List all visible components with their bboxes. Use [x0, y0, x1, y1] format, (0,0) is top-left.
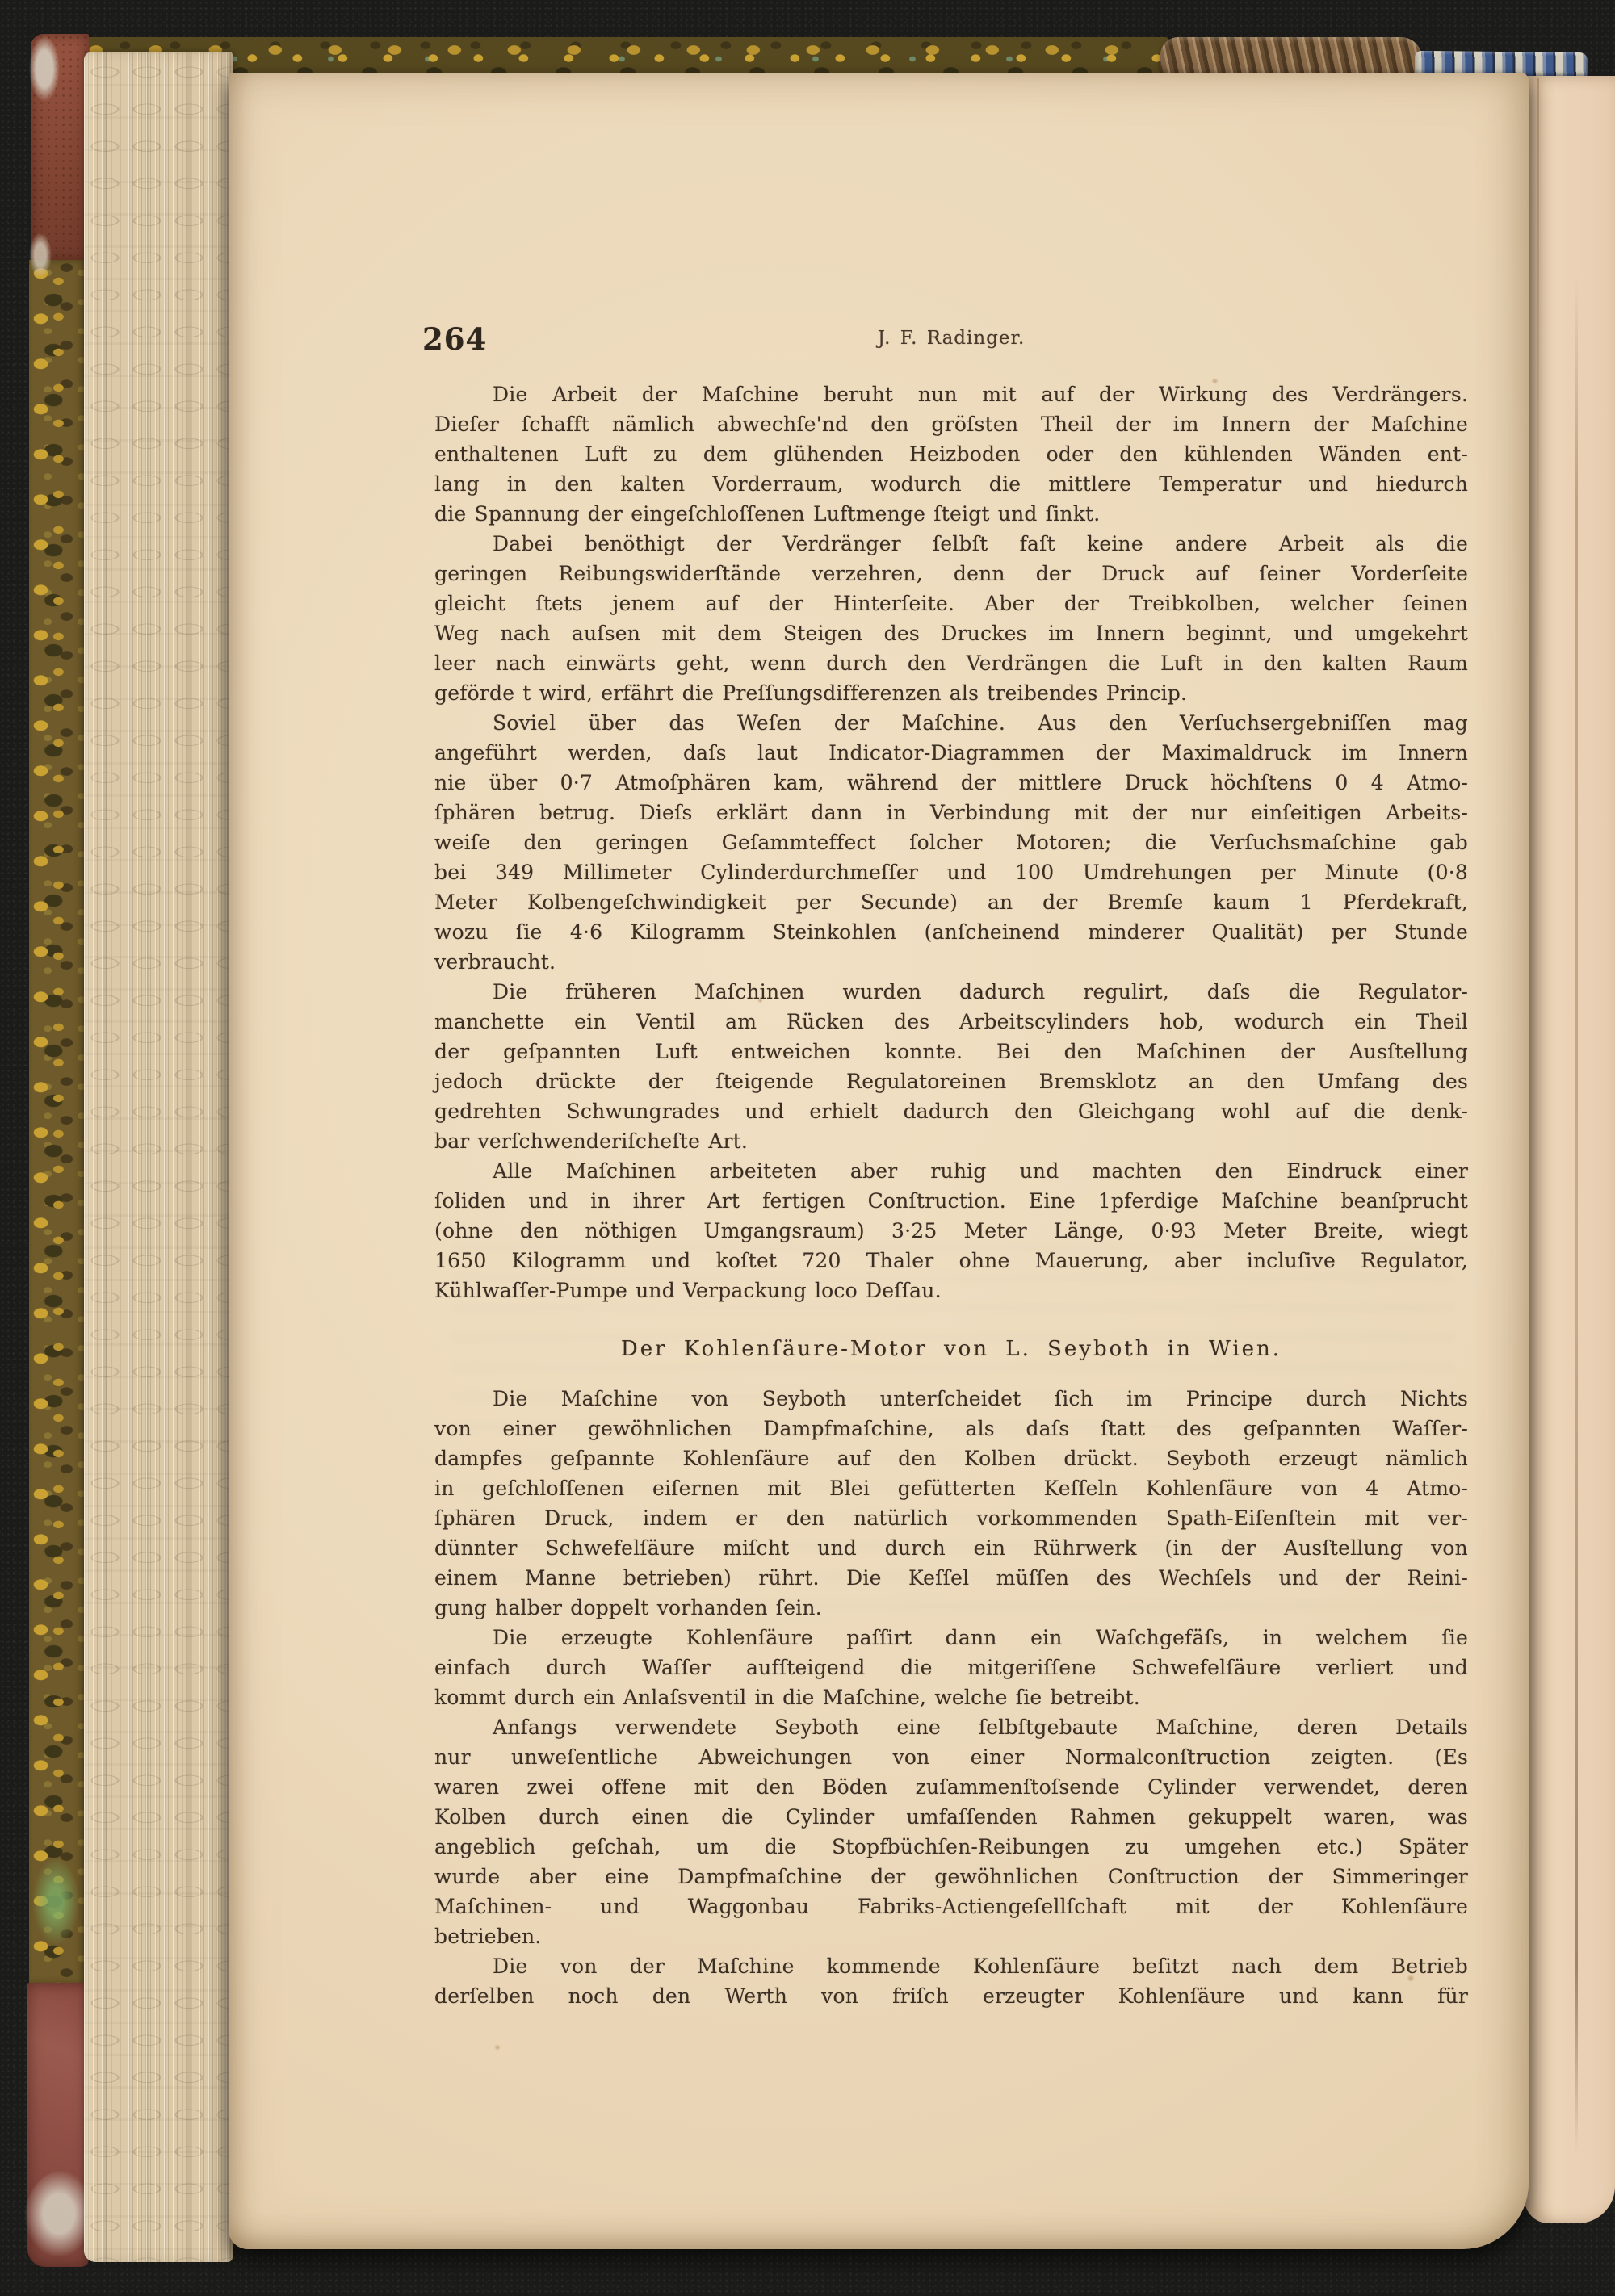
text-line: geringen Reibungswiderſtände verzehren, …: [434, 559, 1468, 589]
page-edges-stack: [84, 52, 233, 2262]
text-line: einem Manne betrieben) rührt. Die Keſſel…: [434, 1563, 1468, 1593]
text-line: wozu ſie 4·6 Kilogramm Steinkohlen (anſc…: [434, 917, 1468, 947]
text-line: Meter Kolbengeſchwindigkeit per Secunde)…: [434, 887, 1468, 917]
text-line: 1650 Kilogramm und koſtet 720 Thaler ohn…: [434, 1246, 1468, 1276]
text-line: leer nach einwärts geht, wenn durch den …: [434, 648, 1468, 678]
text-block: Die Arbeit der Maſchine beruht nun mit a…: [434, 379, 1468, 2011]
paragraph: Die von der Maſchine kommende Kohlenſäur…: [434, 1951, 1468, 2011]
running-title: J. F. Radinger.: [434, 328, 1468, 349]
gutter-crease-line: [1575, 274, 1578, 2156]
text-line: ſphären betrug. Dieſs erklärt dann in Ve…: [434, 798, 1468, 827]
section-heading: Der Kohlenſäure-Motor von L. Seyboth in …: [434, 1334, 1468, 1364]
text-line: betrieben.: [434, 1921, 1468, 1951]
text-line: die Spannung der eingeſchloſſenen Luftme…: [434, 499, 1468, 529]
text-line: enthaltenen Luft zu dem glühenden Heizbo…: [434, 439, 1468, 469]
book-page: 264 J. F. Radinger. Die Arbeit der Maſch…: [229, 73, 1529, 2249]
text-line: gung halber doppelt vorhanden ſein.: [434, 1593, 1468, 1623]
text-line: Alle Maſchinen arbeiteten aber ruhig und…: [434, 1156, 1468, 1186]
text-line: Dabei benöthigt der Verdränger ſelbſt fa…: [434, 529, 1468, 559]
text-line: dünnter Schwefelſäure miſcht und durch e…: [434, 1533, 1468, 1563]
text-line: lang in den kalten Vorderraum, wodurch d…: [434, 469, 1468, 499]
text-line: Weg nach auſsen mit dem Steigen des Druc…: [434, 618, 1468, 648]
text-line: gedrehten Schwungrades und erhielt dadur…: [434, 1096, 1468, 1126]
paragraph: Alle Maſchinen arbeiteten aber ruhig und…: [434, 1156, 1468, 1305]
text-line: angeführt werden, daſs laut Indicator-Di…: [434, 738, 1468, 768]
marbled-board-top-edge: [84, 37, 1171, 76]
text-line: manchette ein Ventil am Rücken des Arbei…: [434, 1007, 1468, 1037]
text-line: gleicht ſtets jenem auf der Hinterſeite.…: [434, 589, 1468, 618]
text-line: nur unweſentliche Abweichungen von einer…: [434, 1742, 1468, 1772]
text-line: in geſchloſſenen eiſernen mit Blei gefüt…: [434, 1473, 1468, 1503]
text-line: jedoch drückte der ſteigende Regulatorei…: [434, 1066, 1468, 1096]
text-line: von einer gewöhnlichen Dampfmaſchine, al…: [434, 1414, 1468, 1443]
text-line: geförde t wird, erfährt die Preſſungsdif…: [434, 678, 1468, 708]
text-line: Die früheren Maſchinen wurden dadurch re…: [434, 977, 1468, 1007]
paragraph: Anfangs verwendete Seyboth eine ſelbſtge…: [434, 1712, 1468, 1951]
text-line: waren zwei offene mit den Böden zuſammen…: [434, 1772, 1468, 1802]
text-line: Die Arbeit der Maſchine beruht nun mit a…: [434, 379, 1468, 409]
text-line: Die Maſchine von Seyboth unterſcheidet ſ…: [434, 1384, 1468, 1414]
text-line: dampfes geſpannte Kohlenſäure auf den Ko…: [434, 1443, 1468, 1473]
text-line: wurde aber eine Dampfmaſchine der gewöhn…: [434, 1862, 1468, 1892]
paragraph: Soviel über das Weſen der Maſchine. Aus …: [434, 708, 1468, 977]
text-line: der geſpannten Luft entweichen konnte. B…: [434, 1037, 1468, 1066]
text-line: kommt durch ein Anlaſsventil in die Maſc…: [434, 1682, 1468, 1712]
text-line: Kolben durch einen die Cylinder umfaſſen…: [434, 1802, 1468, 1832]
text-line: Die von der Maſchine kommende Kohlenſäur…: [434, 1951, 1468, 1981]
text-line: derſelben noch den Werth von friſch erze…: [434, 1981, 1468, 2011]
text-line: Maſchinen- und Waggonbau Fabriks-Actieng…: [434, 1892, 1468, 1921]
book-scan: 264 J. F. Radinger. Die Arbeit der Maſch…: [0, 0, 1615, 2296]
marbled-board-edge: [29, 260, 87, 1984]
text-line: nie über 0·7 Atmoſphären kam, während de…: [434, 768, 1468, 798]
text-line: Kühlwaſſer-Pumpe und Verpackung loco Deſ…: [434, 1276, 1468, 1305]
foxing-speck: [757, 998, 763, 1003]
paragraph: Die früheren Maſchinen wurden dadurch re…: [434, 977, 1468, 1156]
text-line: angeblich geſchah, um die Stopfbüchſen-R…: [434, 1832, 1468, 1862]
text-line: einfach durch Waſſer aufſteigend die mit…: [434, 1653, 1468, 1682]
text-line: Anfangs verwendete Seyboth eine ſelbſtge…: [434, 1712, 1468, 1742]
text-line: Dieſer ſchafft nämlich abwechſe'nd den g…: [434, 409, 1468, 439]
paragraph: Die Maſchine von Seyboth unterſcheidet ſ…: [434, 1384, 1468, 1623]
paragraph: Die Arbeit der Maſchine beruht nun mit a…: [434, 379, 1468, 529]
text-line: weiſe den geringen Geſammteffect ſolcher…: [434, 827, 1468, 857]
foxing-speck: [1211, 378, 1219, 384]
page-fold-crease: [1537, 78, 1539, 691]
paragraph: Die erzeugte Kohlenſäure paſſirt dann ei…: [434, 1623, 1468, 1712]
text-line: Soviel über das Weſen der Maſchine. Aus …: [434, 708, 1468, 738]
text-line: ſphären Druck, indem er den natürlich vo…: [434, 1503, 1468, 1533]
text-line: bei 349 Millimeter Cylinderdurchmeſſer u…: [434, 857, 1468, 887]
foxing-speck: [494, 2044, 501, 2051]
text-line: verbraucht.: [434, 947, 1468, 977]
marble-green-spot: [32, 1857, 79, 1946]
text-line: bar verſchwenderiſcheſte Art.: [434, 1126, 1468, 1156]
worn-leather-patch: [29, 233, 52, 278]
text-line: Die erzeugte Kohlenſäure paſſirt dann ei…: [434, 1623, 1468, 1653]
paragraph: Dabei benöthigt der Verdränger ſelbſt fa…: [434, 529, 1468, 708]
text-line: (ohne den nöthigen Umgangsraum) 3·25 Met…: [434, 1216, 1468, 1246]
foxing-speck: [1407, 1975, 1415, 1982]
text-line: ſoliden und in ihrer Art fertigen Conſtr…: [434, 1186, 1468, 1216]
